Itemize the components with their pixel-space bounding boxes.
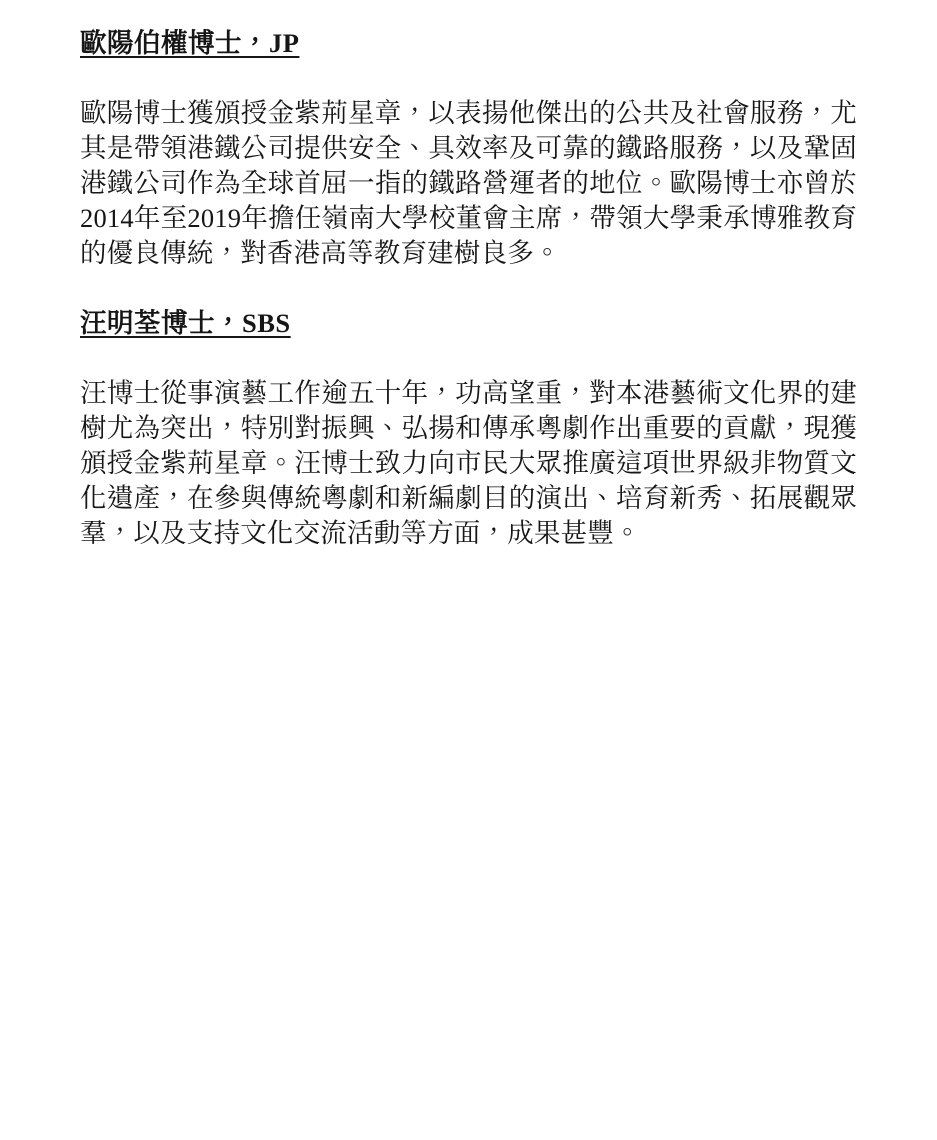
section-heading-wang: 汪明荃博士，SBS (80, 306, 857, 341)
document-page: 歐陽伯權博士，JP 歐陽博士獲頒授金紫荊星章，以表揚他傑出的公共及社會服務，尤其… (0, 0, 937, 1140)
section-heading-au-yeung: 歐陽伯權博士，JP (80, 26, 857, 61)
section-paragraph-au-yeung: 歐陽博士獲頒授金紫荊星章，以表揚他傑出的公共及社會服務，尤其是帶領港鐵公司提供安… (80, 96, 857, 271)
section-wang: 汪明荃博士，SBS 汪博士從事演藝工作逾五十年，功高望重，對本港藝術文化界的建樹… (80, 306, 857, 551)
section-paragraph-wang: 汪博士從事演藝工作逾五十年，功高望重，對本港藝術文化界的建樹尤為突出，特別對振興… (80, 376, 857, 551)
section-au-yeung: 歐陽伯權博士，JP 歐陽博士獲頒授金紫荊星章，以表揚他傑出的公共及社會服務，尤其… (80, 26, 857, 271)
